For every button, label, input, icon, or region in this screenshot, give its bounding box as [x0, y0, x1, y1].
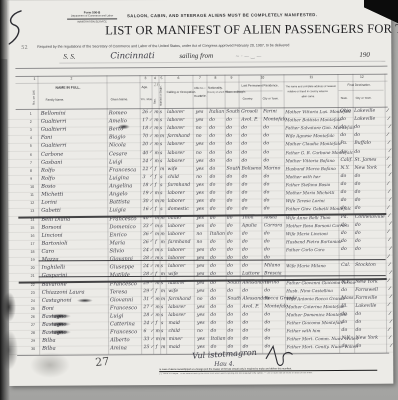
- cell-age: 20: [142, 143, 148, 148]
- cell-given: Francesca: [109, 167, 136, 173]
- ink-blot: [77, 298, 93, 302]
- row-number: 3: [30, 128, 32, 132]
- cell-age: 16: [143, 208, 149, 213]
- row-number: 26: [31, 315, 35, 319]
- cell-country: Avol. P.: [242, 304, 259, 309]
- cell-dcity: do: [355, 190, 361, 195]
- cell-dcity: do: [355, 174, 361, 179]
- cell-sex: m: [154, 110, 158, 115]
- cell-sex: m: [155, 281, 159, 286]
- cell-country: do: [241, 142, 247, 147]
- cell-ms: s: [161, 329, 163, 334]
- cell-relative: Wife Teresa Lorini: [286, 198, 325, 203]
- col-header-name: NAME IN FULL.: [56, 86, 81, 90]
- row-number: 25: [31, 307, 35, 311]
- cell-nat: do: [209, 158, 215, 163]
- cell-dcity: do: [355, 223, 361, 228]
- cell-occ: laborer: [167, 118, 184, 123]
- cell-family: Bartonioli: [41, 241, 67, 247]
- edge-smudge: [30, 352, 70, 378]
- col-header-yrs: Yrs.: [141, 97, 146, 101]
- cell-ms: m: [160, 240, 164, 245]
- row-number: 21: [31, 274, 35, 278]
- cell-ms: m: [160, 199, 164, 204]
- cell-dcity: do: [355, 231, 361, 236]
- passenger-rows: 1BellominiRomeo26mslaboreryesItalianSout…: [7, 0, 391, 1]
- cell-nat: do: [210, 280, 216, 285]
- row-number: 17: [30, 242, 34, 246]
- cell-relative: Mother Rosa Borsoni Carrara: [286, 223, 349, 228]
- cell-nat: do: [210, 199, 216, 204]
- col-header-family: Family Name.: [46, 98, 65, 102]
- ss-underline: [59, 61, 385, 64]
- cell-family: Gualtierri: [41, 127, 67, 133]
- footnote-line2: (*) "Race or People." To be determined b…: [159, 372, 379, 375]
- cell-occ: domestic: [168, 207, 189, 212]
- cell-city: do: [264, 247, 270, 252]
- cell-age: 22: [143, 167, 149, 172]
- cell-city: Montefalc: [264, 304, 288, 309]
- cell-read: yes: [196, 167, 204, 172]
- cell-dcity: do: [355, 206, 361, 211]
- cell-race: do: [227, 199, 233, 204]
- check-mark: ✓: [150, 280, 154, 285]
- cell-dcity: New York: [355, 166, 378, 171]
- margin-mark: 52: [21, 45, 27, 51]
- cell-dstate: Mass.: [341, 296, 355, 301]
- cell-age: 26: [142, 110, 148, 115]
- cell-age: 24: [142, 159, 148, 164]
- cell-dstate: N.Y.: [341, 279, 350, 284]
- cell-nat: do: [209, 142, 215, 147]
- cell-ms: s: [160, 151, 162, 156]
- check-mark: ✓: [149, 158, 153, 163]
- cell-relative: Mother Domenica Montefalc: [286, 312, 347, 317]
- cell-family: Fani: [41, 135, 52, 141]
- cell-dstate: do: [340, 117, 346, 122]
- cell-race: do: [227, 304, 233, 309]
- cell-age: 40: [143, 216, 149, 221]
- cell-city: do: [264, 231, 270, 236]
- row-number: 16: [30, 234, 34, 238]
- column-number: 2: [70, 77, 72, 81]
- cell-given: Battista: [109, 200, 130, 206]
- cell-dstate: Ohio: [340, 109, 351, 114]
- cell-given: Catterina: [110, 321, 135, 327]
- cell-read: yes: [196, 142, 204, 147]
- cell-occ: maid: [169, 345, 181, 350]
- cell-family: Castagnoni: [42, 297, 72, 303]
- cell-read: yes: [196, 215, 204, 220]
- cell-nat: do: [210, 167, 216, 172]
- cell-dstate: do: [341, 312, 347, 317]
- cell-city: Carrara: [264, 223, 282, 228]
- cell-dstate: do: [341, 206, 347, 211]
- check-mark: ✓: [149, 166, 153, 171]
- cell-nat: Italian: [209, 110, 224, 115]
- cell-ms: s: [161, 305, 163, 310]
- column-number: 10: [260, 75, 264, 79]
- cell-nat: do: [210, 215, 216, 220]
- cell-country: Thon: [242, 215, 254, 220]
- cell-read: yes: [196, 191, 204, 196]
- row-number: 29: [31, 339, 35, 343]
- cell-dstate: do: [341, 247, 347, 252]
- cell-given: Luigi: [109, 159, 122, 165]
- cell-age: 30: [143, 199, 149, 204]
- cell-given: Silvio: [110, 248, 125, 254]
- cell-read: no: [196, 232, 202, 237]
- cell-dstate: do: [341, 239, 347, 244]
- manifest-notice: SALOON, CABIN, AND STEERAGE ALIENS MUST …: [127, 12, 317, 18]
- row-number: 2: [30, 120, 32, 124]
- cell-city: do: [264, 199, 270, 204]
- check-mark: ✓: [150, 264, 154, 269]
- cell-nat: do: [211, 329, 217, 334]
- cell-city: do: [264, 207, 270, 212]
- cell-occ: laborer: [167, 142, 184, 147]
- cell-city: do: [263, 142, 269, 147]
- column-number: 6: [177, 76, 179, 80]
- cell-relative: Mother Vittoria Bofano: [285, 158, 334, 163]
- cell-nat: do: [210, 223, 216, 228]
- cell-ms: s: [160, 143, 162, 148]
- cell-sex: f: [156, 346, 158, 351]
- cell-ms: s: [160, 191, 162, 196]
- cell-age: 24: [143, 248, 149, 253]
- cell-age: 31: [143, 297, 149, 302]
- cell-given: Biagio: [109, 135, 126, 141]
- cell-dcity: do: [354, 149, 360, 154]
- col-header-no: No. on List.: [32, 90, 36, 105]
- cell-occ: laborer: [168, 305, 185, 310]
- cell-dstate: do: [341, 320, 347, 325]
- cell-dcity: Buffalo: [354, 141, 371, 146]
- cell-given: Luigia: [109, 208, 126, 214]
- row-number: 24: [31, 299, 35, 303]
- cell-relative: Father Giacomo Montefalc: [286, 320, 343, 325]
- cell-occ: laborer: [167, 151, 184, 156]
- cell-relative: Wife Antonia Rocca Grande: [286, 296, 345, 301]
- cell-nat: do: [209, 150, 215, 155]
- cell-country: do: [242, 231, 248, 236]
- cell-race: do: [227, 240, 233, 245]
- page-number-pencil: 27: [95, 355, 110, 369]
- row-number: 12: [30, 201, 34, 205]
- cell-given: Teresa: [110, 289, 127, 295]
- cell-race: South: [227, 166, 241, 171]
- row-number: 7: [30, 161, 32, 165]
- cell-country: do: [242, 313, 248, 318]
- row-number: 30: [31, 347, 35, 351]
- cell-ms: m: [161, 346, 165, 351]
- cell-sex: m: [154, 143, 158, 148]
- page-title: LIST OR MANIFEST OF ALIEN PASSENGERS FOR…: [105, 21, 398, 38]
- cell-country: do: [242, 264, 248, 269]
- cell-sex: m: [155, 313, 159, 318]
- cell-relative: Mother Battista Montefalc: [285, 117, 341, 122]
- check-mark: ✓: [149, 199, 153, 204]
- cell-dstate: Ill.: [341, 304, 347, 309]
- cell-age: 36: [143, 232, 149, 237]
- cell-ms: s: [160, 159, 162, 164]
- cell-read: yes: [196, 159, 204, 164]
- column-number: 11: [309, 75, 313, 79]
- cell-sex: f: [155, 240, 157, 245]
- cell-age: 70: [142, 134, 148, 139]
- column-number: 5: [160, 76, 162, 80]
- cell-read: no: [197, 329, 203, 334]
- cell-sex: m: [156, 329, 160, 334]
- cell-given: Amina: [110, 346, 127, 352]
- cell-age: 19: [143, 191, 149, 196]
- cell-race: do: [227, 231, 233, 236]
- cell-race: South: [227, 280, 241, 285]
- cell-country: do: [241, 158, 247, 163]
- cell-ms: s: [160, 175, 162, 180]
- row-number: 23: [31, 290, 35, 294]
- cell-dstate: do: [341, 182, 347, 187]
- ink-blot: [49, 314, 71, 319]
- cell-age: 27: [143, 305, 149, 310]
- cell-relative: Wife Maria Milano: [286, 263, 326, 268]
- cell-nat: do: [209, 118, 215, 123]
- cell-dstate: do: [341, 198, 347, 203]
- cell-ms: s: [160, 118, 162, 123]
- cell-read: no: [197, 297, 203, 302]
- check-mark: ✓: [150, 321, 154, 326]
- cell-age: 29: [143, 281, 149, 286]
- cell-given: Nicola: [109, 143, 126, 149]
- check-mark: ✓: [149, 207, 153, 212]
- cell-relative: Father with him: [287, 328, 321, 333]
- cell-dstate: Pa.: [340, 141, 347, 146]
- cell-nat: Italian: [211, 337, 226, 342]
- cell-ms: s: [161, 321, 163, 326]
- cell-age: 26: [143, 240, 149, 245]
- cell-sex: m: [155, 248, 159, 253]
- cell-age: 24: [143, 321, 149, 326]
- cell-dstate: do: [341, 174, 347, 179]
- cell-nat: do: [209, 126, 215, 131]
- cell-sex: m: [155, 224, 159, 229]
- cell-race: do: [227, 207, 233, 212]
- cell-race: do: [227, 288, 233, 293]
- cell-nat: do: [210, 305, 216, 310]
- cell-relative: Father Carlo Caro: [286, 247, 324, 252]
- cell-occ: laborer: [167, 126, 184, 131]
- cell-dstate: do: [340, 150, 346, 155]
- cell-race: South: [226, 110, 240, 115]
- cell-family: Bosio: [41, 184, 55, 190]
- column-number: 1: [33, 77, 35, 81]
- cell-city: do: [264, 239, 270, 244]
- cell-sex: m: [155, 305, 159, 310]
- row-number: 20: [31, 266, 35, 270]
- cell-family: Lorini: [41, 200, 57, 206]
- cell-read: no: [196, 240, 202, 245]
- cell-relative: Husband Marco Bofano: [286, 166, 336, 171]
- cell-age: 18: [142, 126, 148, 131]
- cell-family: Rolfo: [41, 168, 55, 174]
- cell-dstate: do: [340, 133, 346, 138]
- cell-given: Francesco: [110, 329, 137, 335]
- cell-read: yes: [196, 199, 204, 204]
- cell-city: do: [265, 337, 271, 342]
- cell-city: do: [264, 191, 270, 196]
- check-mark: ✓: [149, 118, 153, 123]
- cell-sex: m: [155, 232, 159, 237]
- cell-read: yes: [197, 280, 205, 285]
- cell-city: do: [263, 158, 269, 163]
- cell-given: Francesco: [109, 216, 136, 222]
- cell-sex: m: [154, 118, 158, 123]
- row-number: 28: [31, 331, 35, 335]
- cell-country: do: [242, 239, 248, 244]
- cell-read: no: [196, 150, 202, 155]
- cell-sex: m: [155, 191, 159, 196]
- ink-blot: [118, 124, 130, 129]
- column-number: 7: [199, 76, 201, 80]
- cell-dstate: do: [342, 328, 348, 333]
- cell-read: yes: [197, 345, 205, 350]
- col-header-dest-city: City or Town.: [356, 96, 372, 100]
- column-number: 8: [214, 76, 216, 80]
- row-number: 19: [31, 258, 35, 262]
- column-rules: [7, 0, 391, 1]
- column-number-row: 123456789101112: [7, 0, 391, 1]
- cell-city: Milano: [264, 264, 280, 269]
- cell-given: Maria: [109, 240, 125, 246]
- cell-family: Bavarone: [42, 281, 67, 287]
- cell-race: do: [227, 175, 233, 180]
- cell-ms: s: [161, 281, 163, 286]
- cell-race: do: [226, 134, 232, 139]
- cell-dstate: N.Y.: [342, 336, 351, 341]
- cell-city: do: [264, 288, 270, 293]
- cell-race: do: [226, 126, 232, 131]
- cell-dstate: Cal.: [341, 263, 350, 268]
- ink-blot: [49, 322, 71, 327]
- cell-occ: laborer: [167, 159, 184, 164]
- cell-sex: f: [155, 183, 157, 188]
- cell-family: Lincioni: [41, 232, 62, 238]
- cell-family: Gualtierri: [41, 143, 67, 149]
- cell-nat: do: [210, 321, 216, 326]
- cell-country: do: [242, 191, 248, 196]
- col-header-age: Age.: [142, 85, 149, 89]
- check-mark: ✓: [150, 329, 154, 334]
- cell-occ: laborer: [168, 248, 185, 253]
- cell-sex: f: [155, 167, 157, 172]
- cell-country: do: [242, 207, 248, 212]
- cell-race: do: [227, 264, 233, 269]
- cell-nat: do: [210, 264, 216, 269]
- cell-family: Gasbani: [41, 159, 62, 165]
- cell-ms: m: [160, 167, 164, 172]
- cell-age: 18: [143, 183, 149, 188]
- check-mark: ✓: [150, 296, 154, 301]
- cell-family: Chiazzoni Laura: [42, 289, 85, 295]
- title-subtext: Required by the regulations of the Secre…: [37, 43, 289, 49]
- check-mark: ✓: [149, 142, 153, 147]
- cell-country: do: [242, 199, 248, 204]
- cell-city: Torino: [264, 280, 279, 285]
- cell-occ: laborer: [168, 191, 185, 196]
- cell-city: do: [263, 126, 269, 131]
- cell-sex: f: [155, 175, 157, 180]
- cell-dstate: do: [340, 125, 346, 130]
- cell-dcity: Farnswell: [355, 287, 378, 292]
- row-number: 22: [31, 282, 35, 286]
- cell-nat: do: [210, 191, 216, 196]
- cell-relative: Mother Caterina Montefalc: [286, 304, 344, 309]
- cell-sex: m: [154, 134, 158, 139]
- cell-city: Montefalc: [263, 117, 287, 122]
- cell-country: do: [242, 183, 248, 188]
- cell-dcity: do: [355, 198, 361, 203]
- cell-age: 25: [144, 346, 150, 351]
- cell-read: no: [196, 175, 202, 180]
- cell-race: do: [227, 215, 233, 220]
- check-mark: ✓: [149, 110, 153, 115]
- cell-given: Cesare: [109, 151, 127, 157]
- ss-label: S. S.: [63, 53, 75, 61]
- cell-age: 17: [142, 118, 148, 123]
- row-number: 6: [30, 152, 32, 156]
- cell-relative: Husband Pietro Bartonioli: [286, 239, 342, 244]
- cell-occ: laborer: [168, 280, 185, 285]
- cell-family: Caro: [42, 249, 55, 255]
- cell-occ: laborer: [168, 199, 185, 204]
- col-header-res-city: City or Town.: [263, 96, 279, 100]
- cell-occ: child: [168, 175, 179, 180]
- cell-age: 40: [142, 151, 148, 156]
- cell-ms: m: [160, 134, 164, 139]
- cell-relative: Husb. Nino Castellina: [286, 288, 333, 293]
- cell-country: do: [242, 248, 248, 253]
- cell-sex: f: [155, 208, 157, 213]
- row-number: 14: [30, 217, 34, 221]
- cell-race: do: [226, 150, 232, 155]
- cell-dcity: Stockton: [355, 263, 376, 268]
- cell-ms: s: [160, 110, 162, 115]
- cell-read: yes: [196, 110, 204, 115]
- folded-corner: [364, 0, 398, 26]
- cell-family: Carbone: [41, 151, 63, 157]
- cell-occ: laborer: [168, 224, 185, 229]
- col-header-destination: Final Destination.: [348, 83, 371, 87]
- cell-country: do: [242, 321, 248, 326]
- col-header-sex: Sex.: [153, 98, 157, 104]
- column-number: 12: [360, 75, 364, 79]
- cell-age: 33: [144, 337, 150, 342]
- cell-sex: f: [155, 289, 157, 294]
- cell-occ: child: [169, 329, 180, 334]
- flourish-mark: [264, 342, 294, 368]
- cell-read: yes: [196, 183, 204, 188]
- row-number: 11: [30, 193, 34, 197]
- cell-nat: do: [210, 240, 216, 245]
- check-mark: ✓: [149, 150, 153, 155]
- cell-nat: do: [210, 288, 216, 293]
- cell-race: do: [227, 313, 233, 318]
- cell-read: yes: [197, 313, 205, 318]
- cell-read: yes: [197, 264, 205, 269]
- cell-family: Gabetti: [41, 208, 61, 214]
- cell-country: Apulia: [242, 223, 257, 228]
- col-header-able: Able to—: [194, 86, 206, 90]
